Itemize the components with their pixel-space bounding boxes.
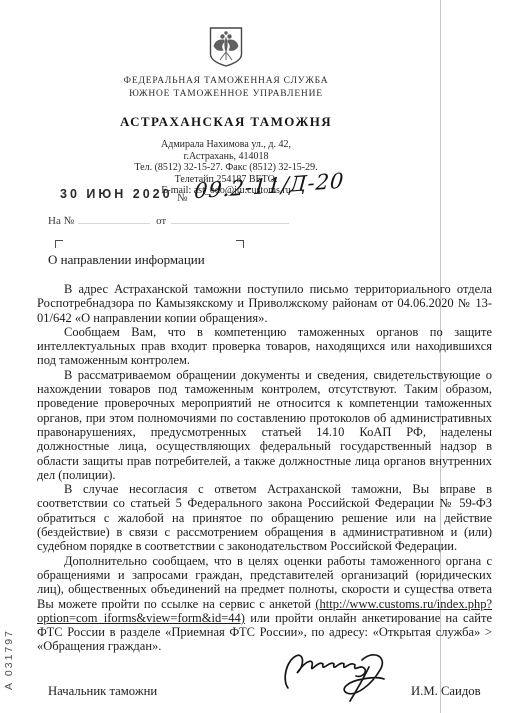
letter-body: В адрес Астраханской таможни поступило п… [37,282,492,654]
org-line-federal-service: ФЕДЕРАЛЬНАЯ ТАМОЖЕННАЯ СЛУЖБА [36,75,416,88]
addressee-corner-left [55,240,63,248]
body-paragraph: В рассматриваемом обращении документы и … [37,368,492,482]
letterhead: ФЕДЕРАЛЬНАЯ ТАМОЖЕННАЯ СЛУЖБА ЮЖНОЕ ТАМО… [36,26,416,197]
body-paragraph: В случае несогласия с ответом Астраханск… [37,482,492,553]
org-name: АСТРАХАНСКАЯ ТАМОЖНЯ [36,114,416,130]
body-paragraph: Сообщаем Вам, что в компетенцию таможенн… [37,325,492,368]
scanned-letter-page: ФЕДЕРАЛЬНАЯ ТАМОЖЕННАЯ СЛУЖБА ЮЖНОЕ ТАМО… [0,0,526,713]
customs-emblem-icon [207,26,245,68]
reply-number-label: На № [48,215,74,227]
date-stamp: 30 ИЮН 2020 [60,187,173,201]
reply-date-underline [171,213,289,224]
form-margin-code: А 031797 [3,604,15,690]
outgoing-number-label: № [177,192,188,204]
reply-number-underline [78,213,150,224]
address-line: Адмирала Нахимова ул., д. 42, [36,139,416,151]
address-line: Тел. (8512) 32-15-27. Факс (8512) 32-15-… [36,162,416,174]
org-line-southern-directorate: ЮЖНОЕ ТАМОЖЕННОЕ УПРАВЛЕНИЕ [36,88,416,101]
reply-date-label: от [156,215,166,227]
signer-position: Начальник таможни [48,684,157,699]
address-line: г.Астрахань, 414018 [36,151,416,163]
addressee-corner-right [236,240,244,248]
reply-reference-line: На №от [48,213,289,227]
body-paragraph: Дополнительно сообщаем, что в целях оцен… [37,554,492,654]
handwritten-signature-icon [276,646,404,706]
body-paragraph: В адрес Астраханской таможни поступило п… [37,282,492,325]
subject-line: О направлении информации [48,252,205,268]
signer-name: И.М. Саидов [411,684,481,699]
